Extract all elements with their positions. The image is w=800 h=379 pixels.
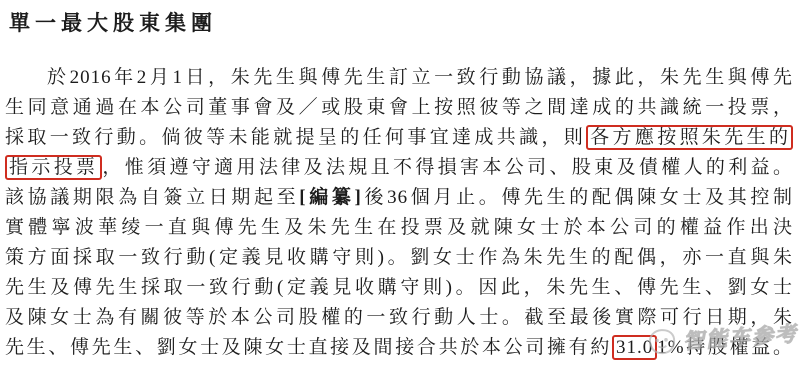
body-paragraph: 於2016年2月1日，朱先生與傅先生訂立一致行動協議，據此，朱先生與傅先生同意通…: [0, 63, 800, 363]
highlight-box: 指示投票: [5, 155, 102, 180]
text-segment: ，惟須遵守適用法律及法規且不得損害本公司、股東及債權人的利益。: [102, 157, 793, 178]
text-segment: 先生、傅先生、劉女士及陳女士直接及間接合共於本公司擁有約: [5, 337, 612, 358]
text-line: 該協議期限為自簽立日期起至[編纂]後36個月止。傅先生的配偶陳女士及其控制: [5, 183, 793, 213]
highlight-box: 各方應按照朱先生的: [586, 125, 793, 150]
text-line: 於2016年2月1日，朱先生與傅先生訂立一致行動協議，據此，朱先生與傅先: [5, 63, 793, 93]
text-line: 策方面採取一致行動(定義見收購守則)。劉女士作為朱先生的配偶，亦一直與朱: [5, 243, 793, 273]
highlight-box: 31.0: [612, 335, 657, 360]
text-segment: 策方面採取一致行動(定義見收購守則)。劉女士作為朱先生的配偶，亦一直與朱: [5, 247, 793, 268]
text-segment: [編纂]: [299, 187, 362, 208]
text-line: 實體寧波華绫一直與傅先生及朱先生在投票及就陳女士於本公司的權益作出決: [5, 213, 793, 243]
text-line: 採取一致行動。倘彼等未能就提呈的任何事宜達成共識，則各方應按照朱先生的: [5, 123, 793, 153]
text-segment: 該協議期限為自簽立日期起至: [5, 187, 299, 208]
page-title: 單一最大股東集團: [0, 0, 800, 37]
document-page: 單一最大股東集團 於2016年2月1日，朱先生與傅先生訂立一致行動協議，據此，朱…: [0, 0, 800, 379]
text-line: 生同意通過在本公司董事會及／或股東會上按照彼等之間達成的共識統一投票，: [5, 93, 793, 123]
text-line: 指示投票，惟須遵守適用法律及法規且不得損害本公司、股東及債權人的利益。: [5, 153, 793, 183]
text-segment: 於2016年2月1日，朱先生與傅先生訂立一致行動協議，據此，朱先生與傅先: [47, 67, 793, 88]
text-segment: 實體寧波華绫一直與傅先生及朱先生在投票及就陳女士於本公司的權益作出決: [5, 217, 793, 238]
text-segment: 生同意通過在本公司董事會及／或股東會上按照彼等之間達成的共識統一投票，: [5, 97, 793, 118]
text-segment: 及陳女士為有關彼等於本公司股權的一致行動人士。截至最後實際可行日期，朱: [5, 307, 793, 328]
text-segment: 1%持股權益。: [657, 337, 793, 358]
text-segment: 採取一致行動。倘彼等未能就提呈的任何事宜達成共識，則: [5, 127, 586, 148]
text-line: 及陳女士為有關彼等於本公司股權的一致行動人士。截至最後實際可行日期，朱: [5, 303, 793, 333]
text-line: 先生及傅先生採取一致行動(定義見收購守則)。因此，朱先生、傅先生、劉女士: [5, 273, 793, 303]
text-segment: 先生及傅先生採取一致行動(定義見收購守則)。因此，朱先生、傅先生、劉女士: [5, 277, 793, 298]
text-line: 先生、傅先生、劉女士及陳女士直接及間接合共於本公司擁有約31.01%持股權益。: [5, 333, 793, 363]
text-segment: 後36個月止。傅先生的配偶陳女士及其控制: [362, 187, 793, 208]
